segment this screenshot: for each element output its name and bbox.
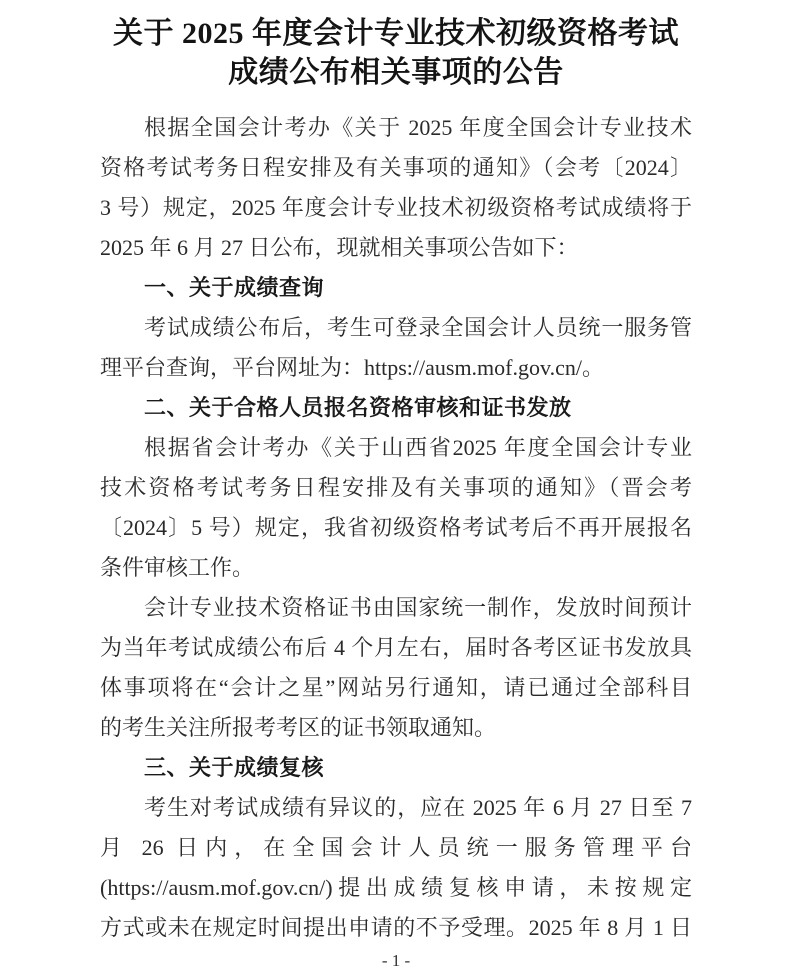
paragraph-line: 会计专业技术资格证书由国家统一制作，发放时间预计: [100, 588, 692, 628]
document-title-line-1: 关于 2025 年度会计专业技术初级资格考试: [100, 14, 692, 53]
paragraph-line: 月 26 日内，在全国会计人员统一服务管理平台: [100, 828, 692, 868]
paragraph-line: 考生对考试成绩有异议的，应在 2025 年 6 月 27 日至 7: [100, 788, 692, 828]
document-body: 根据全国会计考办《关于 2025 年度全国会计专业技术资格考试考务日程安排及有关…: [100, 108, 692, 948]
paragraph-line: 方式或未在规定时间提出申请的不予受理。2025 年 8 月 1 日: [100, 908, 692, 948]
section-heading: 一、关于成绩查询: [100, 268, 692, 308]
announcement-document: 关于 2025 年度会计专业技术初级资格考试 成绩公布相关事项的公告 根据全国会…: [0, 0, 793, 975]
paragraph-line: 根据全国会计考办《关于 2025 年度全国会计专业技术: [100, 108, 692, 148]
document-page: { "document": { "title_lines": [ "关于 202…: [0, 0, 793, 975]
paragraph-line: 2025 年 6 月 27 日公布，现就相关事项公告如下：: [100, 228, 692, 268]
paragraph-line: 技术资格考试考务日程安排及有关事项的通知》（晋会考: [100, 468, 692, 508]
section-heading: 二、关于合格人员报名资格审核和证书发放: [100, 388, 692, 428]
paragraph-line: 资格考试考务日程安排及有关事项的通知》（会考〔2024〕: [100, 148, 692, 188]
paragraph-line: 3 号）规定，2025 年度会计专业技术初级资格考试成绩将于: [100, 188, 692, 228]
page-number: - 1 -: [100, 950, 692, 972]
paragraph-line: 理平台查询，平台网址为：https://ausm.mof.gov.cn/。: [100, 348, 692, 388]
paragraph-line: 根据省会计考办《关于山西省2025 年度全国会计专业: [100, 428, 692, 468]
paragraph-line: 条件审核工作。: [100, 548, 692, 588]
paragraph-line: 〔2024〕5 号）规定，我省初级资格考试考后不再开展报名: [100, 508, 692, 548]
document-title: 关于 2025 年度会计专业技术初级资格考试 成绩公布相关事项的公告: [100, 14, 692, 92]
section-heading: 三、关于成绩复核: [100, 748, 692, 788]
paragraph-line: 的考生关注所报考考区的证书领取通知。: [100, 708, 692, 748]
paragraph-line: 考试成绩公布后，考生可登录全国会计人员统一服务管: [100, 308, 692, 348]
paragraph-line: 体事项将在“会计之星”网站另行通知，请已通过全部科目: [100, 668, 692, 708]
paragraph-line: 为当年考试成绩公布后 4 个月左右，届时各考区证书发放具: [100, 628, 692, 668]
document-title-line-2: 成绩公布相关事项的公告: [100, 53, 692, 92]
paragraph-line: (https://ausm.mof.gov.cn/)提出成绩复核申请，未按规定: [100, 868, 692, 908]
